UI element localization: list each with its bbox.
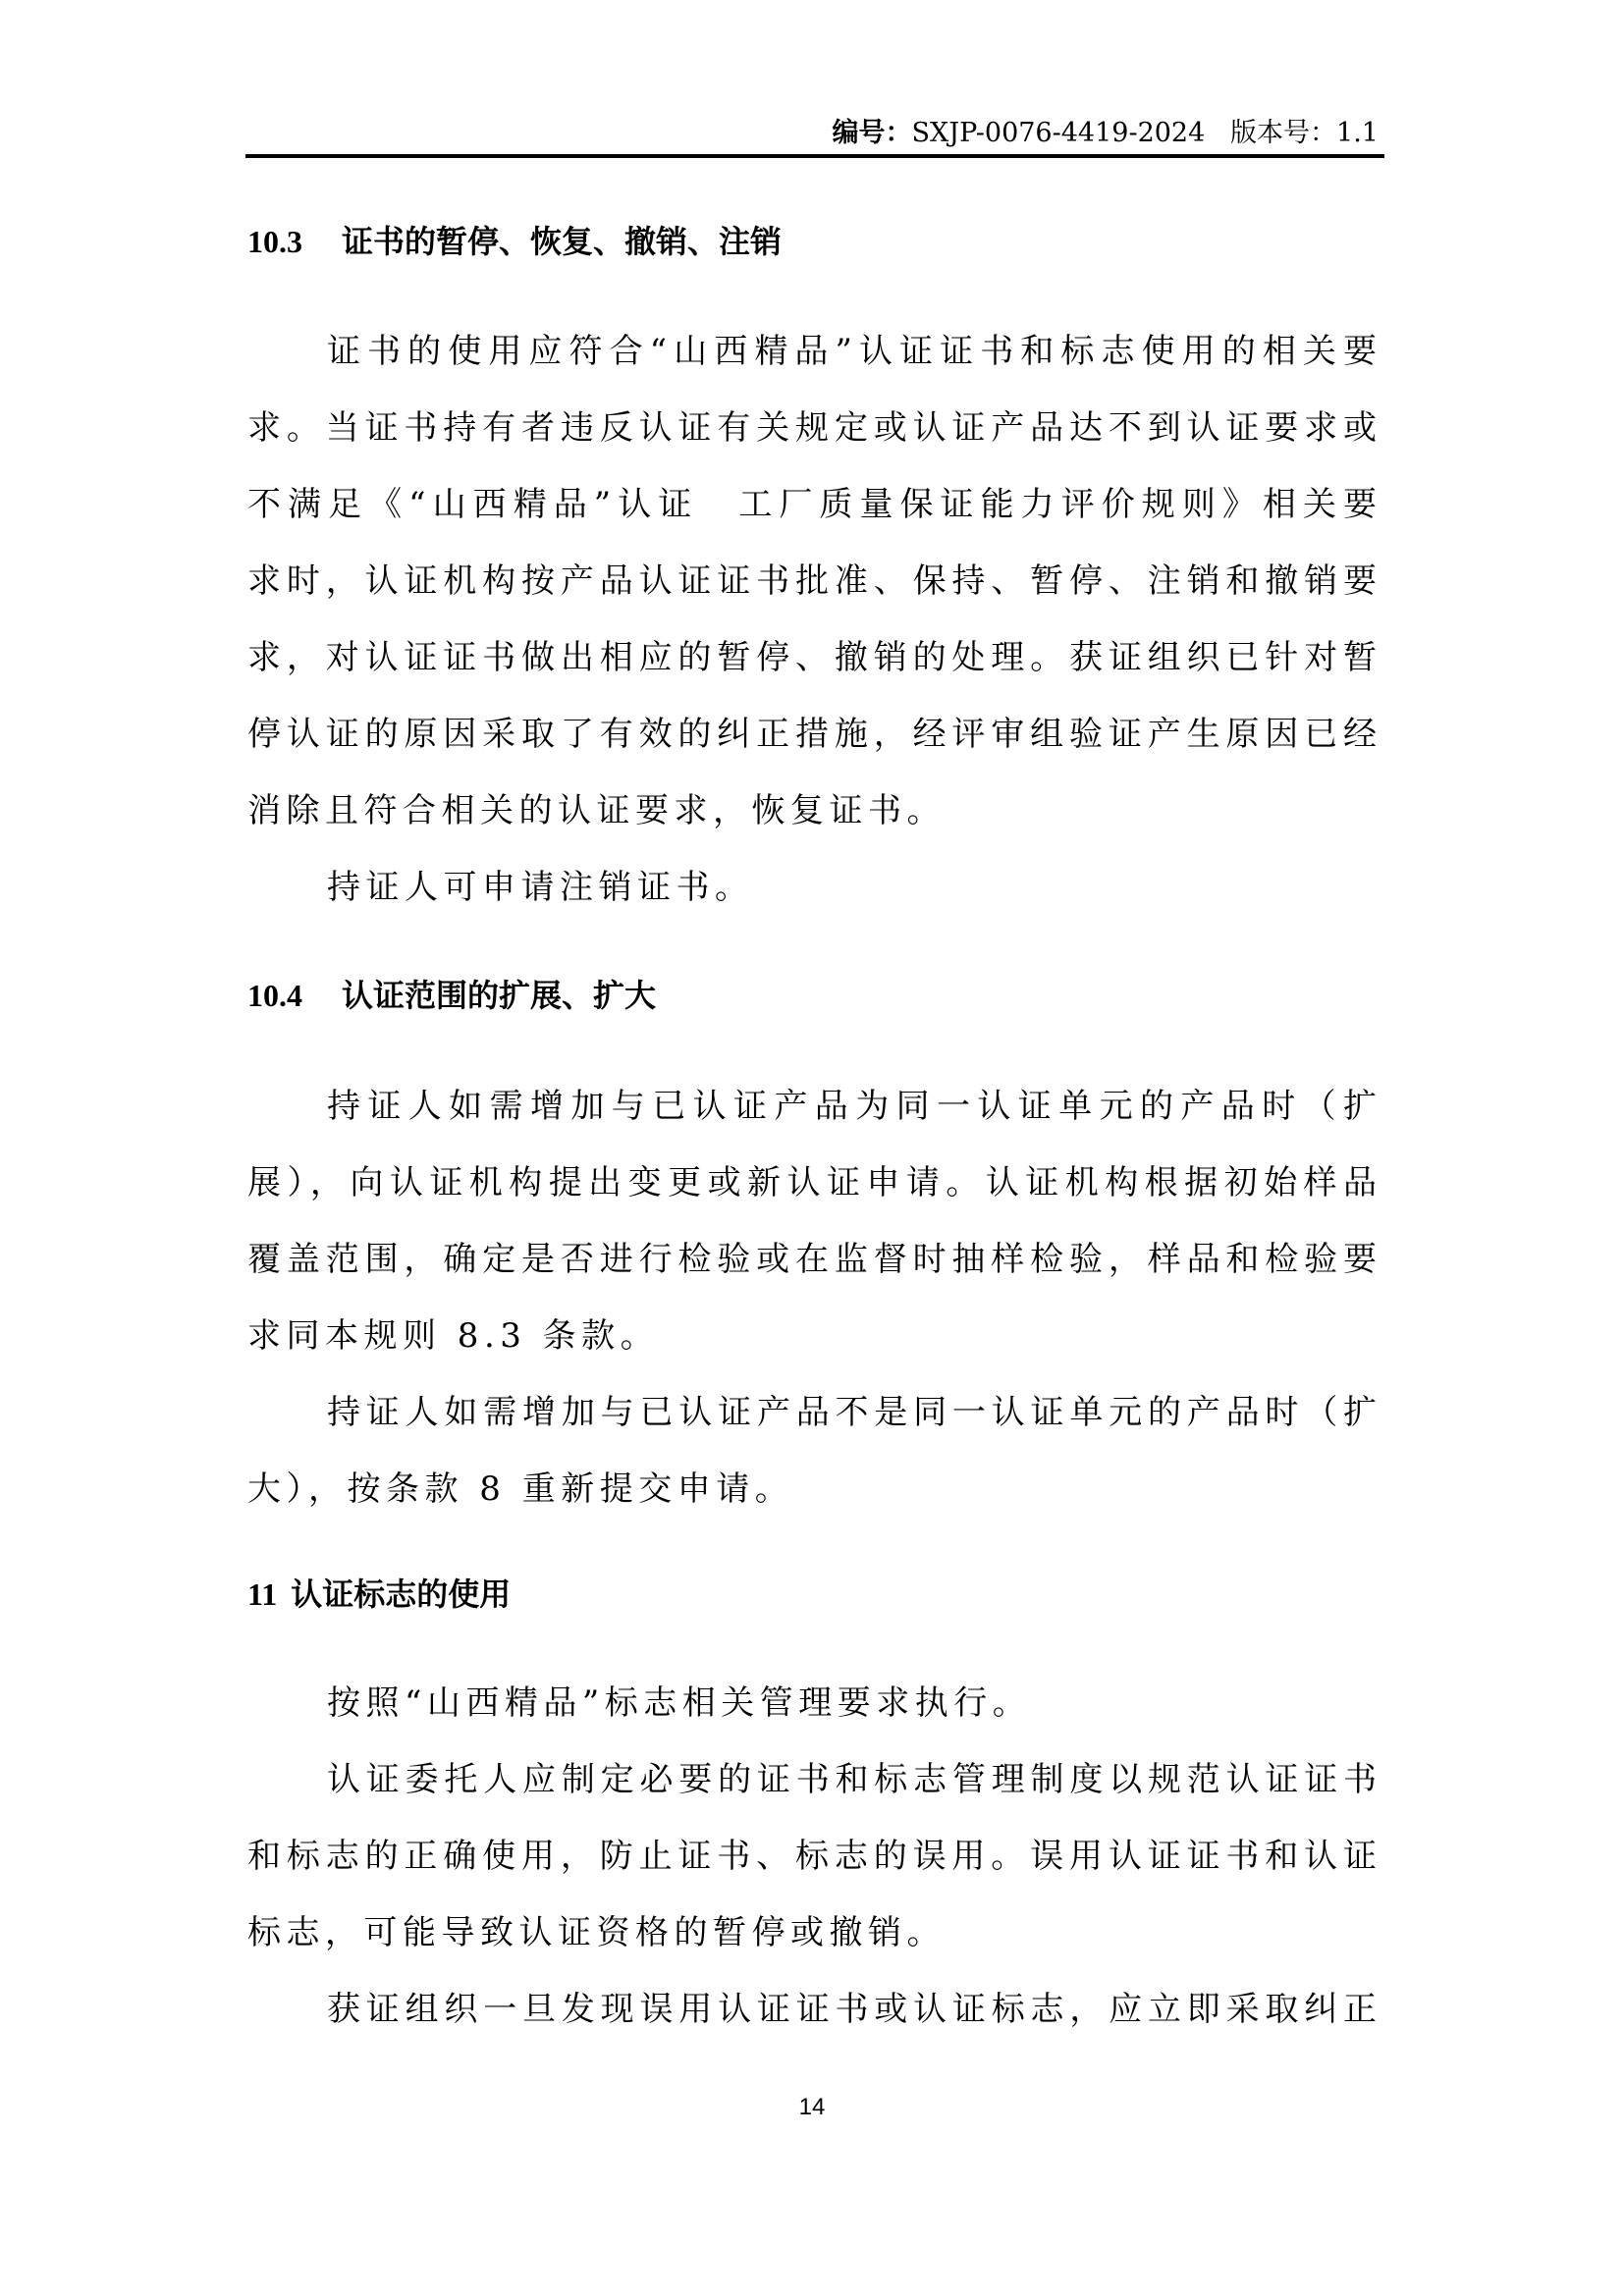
paragraph-line: 标志，可能导致认证资格的暂停或撤销。 — [247, 1913, 1377, 1952]
paragraph-line: 求，对认证证书做出相应的暂停、撤销的处理。获证组织已针对暂 — [247, 638, 1377, 677]
section-number: 10.4 — [247, 976, 302, 1015]
paragraph-line: 获证组织一旦发现误用认证证书或认证标志，应立即采取纠正 — [327, 1990, 1377, 2029]
paragraph-line: 认证委托人应制定必要的证书和标志管理制度以规范认证证书 — [327, 1760, 1377, 1799]
page-header: 编号：SXJP-0076-4419-2024 版本号：1.1 — [833, 116, 1379, 151]
paragraph-line: 覆盖范围，确定是否进行检验或在监督时抽样检验，样品和检验要 — [247, 1240, 1377, 1279]
paragraph-line: 大），按条款 8 重新提交申请。 — [247, 1469, 1377, 1509]
section-title: 认证范围的扩展、扩大 — [342, 977, 656, 1014]
version-label: 版本号： — [1230, 118, 1336, 148]
document-page: 编号：SXJP-0076-4419-2024 版本号：1.1 10.3证书的暂停… — [0, 0, 1624, 2296]
paragraph-line: 和标志的正确使用，防止证书、标志的误用。误用认证证书和认证 — [247, 1837, 1377, 1876]
section-title: 证书的暂停、恢复、撤销、注销 — [342, 223, 782, 260]
doc-number-label: 编号： — [833, 118, 912, 148]
paragraph-line: 求同本规则 8.3 条款。 — [247, 1316, 1377, 1356]
section-number: 11 — [247, 1575, 277, 1614]
paragraph-line: 求时，认证机构按产品认证证书批准、保持、暂停、注销和撤销要 — [247, 561, 1377, 601]
header-divider — [245, 154, 1384, 158]
doc-number-value: SXJP-0076-4419-2024 — [912, 118, 1206, 148]
paragraph-line: 持证人如需增加与已认证产品不是同一认证单元的产品时（扩 — [327, 1393, 1377, 1432]
page-number: 14 — [0, 2093, 1624, 2122]
section-heading-10-4: 10.4认证范围的扩展、扩大 — [247, 976, 656, 1015]
section-title: 认证标志的使用 — [291, 1575, 511, 1613]
section-heading-10-3: 10.3证书的暂停、恢复、撤销、注销 — [247, 222, 782, 261]
paragraph-line: 不满足《“山西精品”认证 工厂质量保证能力评价规则》相关要 — [247, 485, 1377, 524]
section-number: 10.3 — [247, 222, 302, 261]
paragraph-line: 消除且符合相关的认证要求，恢复证书。 — [247, 791, 1377, 830]
paragraph-line: 持证人可申请注销证书。 — [327, 868, 1377, 907]
paragraph-line: 展），向认证机构提出变更或新认证申请。认证机构根据初始样品 — [247, 1163, 1377, 1202]
paragraph-line: 持证人如需增加与已认证产品为同一认证单元的产品时（扩 — [327, 1087, 1377, 1126]
section-heading-11: 11认证标志的使用 — [247, 1575, 511, 1614]
paragraph-line: 停认证的原因采取了有效的纠正措施，经评审组验证产生原因已经 — [247, 715, 1377, 754]
version-value: 1.1 — [1336, 118, 1379, 148]
paragraph-line: 按照“山西精品”标志相关管理要求执行。 — [327, 1683, 1377, 1723]
paragraph-line: 求。当证书持有者违反认证有关规定或认证产品达不到认证要求或 — [247, 408, 1377, 448]
paragraph-line: 证书的使用应符合“山西精品”认证证书和标志使用的相关要 — [327, 332, 1377, 371]
